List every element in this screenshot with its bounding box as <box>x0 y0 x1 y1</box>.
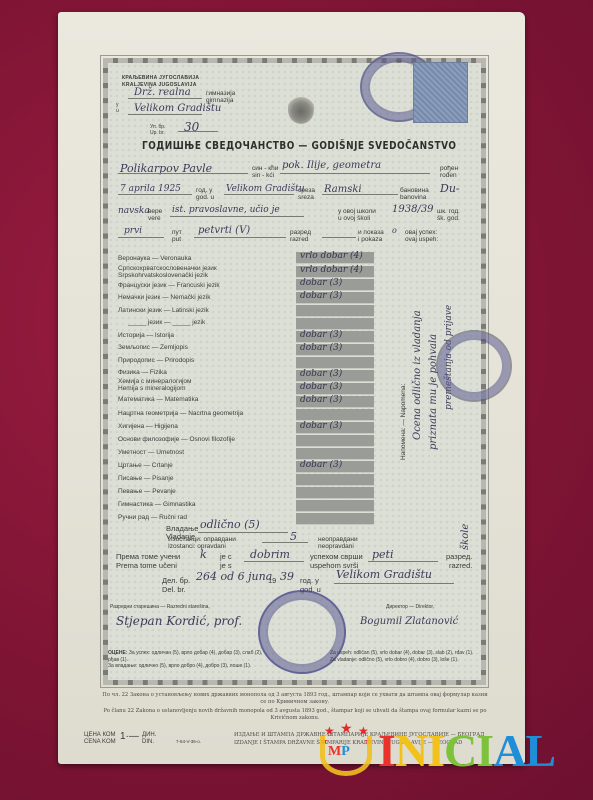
grade-label-lat: razred <box>290 236 308 243</box>
logo-mp: MP <box>328 744 350 760</box>
school-year-suffix-lat: šk. god. <box>437 215 460 222</box>
times-label-cyr: пут <box>172 229 182 236</box>
underline <box>334 583 454 584</box>
director-label: Директор — Direktor, <box>386 604 434 610</box>
religion-label-lat: vere <box>148 215 161 222</box>
times-hw: prvi <box>124 226 142 236</box>
banovina-hw-cont: navska <box>118 206 150 216</box>
school-year-hw: 1938/39 <box>392 204 434 215</box>
reg-no-label: Уп. бр.Up. br. <box>150 124 165 136</box>
class-teacher-label: Разредни старешина — Razredni starešina, <box>110 604 210 610</box>
remarks-line: škole <box>460 524 471 550</box>
underline <box>198 532 288 533</box>
result-label-a: Према томе учениPrema tome učeni <box>116 552 180 570</box>
district-label-lat: sreza <box>298 194 314 201</box>
school-place-hw: Velikom Gradištu <box>134 103 221 114</box>
price-value: 1·— <box>120 731 139 742</box>
remarks-line: Ocena odlično iz vladanja <box>412 310 423 440</box>
kingdom-cyr: КРАЉЕВИНА ЈУГОСЛАВИЈА <box>122 75 199 81</box>
footer-law-cyr: По чл. 22 Закона о установљењу нових држ… <box>100 692 490 705</box>
remarks-label: Напомена: — Napomena: <box>400 384 407 460</box>
del-hw: 264 od 6 juna <box>196 570 272 583</box>
underline <box>118 194 192 195</box>
born-label-lat: rođen <box>440 172 457 179</box>
father-hw: pok. Ilije, geometra <box>282 160 381 171</box>
birth-place-hw: Velikom Gradištu <box>226 184 305 194</box>
success-label-cyr: овај успех: <box>405 229 437 236</box>
underline <box>194 237 286 238</box>
year-printed: 19 <box>268 576 276 585</box>
issuance-place-hw: Velikom Gradištu <box>336 568 432 581</box>
school-year-label-cyr: у овој школи <box>338 208 376 215</box>
underline <box>178 131 218 132</box>
class-teacher-signature: Stjepan Kordić, prof. <box>116 614 242 628</box>
underline <box>368 561 438 562</box>
success-label-lat: ovaj uspeh: <box>405 236 438 243</box>
result-razred: разред.razred. <box>446 552 472 570</box>
coat-of-arms-icon <box>288 96 314 124</box>
underline <box>128 98 202 99</box>
official-seal-side <box>436 330 512 402</box>
document-title: ГОДИШЊЕ СВЕДОЧАНСТВО — GODIŠNJE SVEDOČAN… <box>142 140 456 152</box>
banovina-label-lat: banovina <box>400 194 426 201</box>
year-in-label-lat: god. u <box>196 194 214 201</box>
underline <box>262 542 308 543</box>
birth-date-hw: 7 aprila 1925 <box>120 184 181 194</box>
prefix-u: уu <box>116 102 119 114</box>
grade-hw: petvrti (V) <box>198 225 250 236</box>
conduct-hw: odlično (5) <box>200 518 260 531</box>
underline <box>224 194 294 195</box>
price-label: ЦЕНА КОМCENA KOM <box>84 732 116 746</box>
underline <box>322 194 398 195</box>
son-label-cyr: син - кћи <box>252 165 278 172</box>
remarks-line: priznata mu je pohvala <box>428 334 439 450</box>
underline <box>118 173 248 174</box>
banovina-hw: Du- <box>440 182 460 195</box>
result-success-hw: dobrim <box>250 548 290 561</box>
underline <box>244 561 304 562</box>
currency: ДИН.DIN. <box>142 732 156 746</box>
religion-label-cyr: вере <box>148 208 162 215</box>
form-code: 7-64-V-36-o. <box>176 739 201 744</box>
school-year-label-lat: u ovoj školi <box>338 215 370 222</box>
religion-hw: ist. pravoslavne, učio je <box>172 205 280 215</box>
grading-scale-cyr: ОЦЕНЕ: За успех: одличан (5), врло добар… <box>108 650 268 670</box>
grade-label-cyr: разред <box>290 229 311 236</box>
school-type-hw: Drž. realna <box>134 87 191 98</box>
school-label-cyr: гимназија <box>206 90 235 97</box>
showed-hw: o <box>392 226 397 235</box>
underline <box>170 216 304 217</box>
showed-label-lat: i pokaza <box>358 236 382 243</box>
underline <box>322 237 356 238</box>
school-year-suffix-cyr: шк. год. <box>437 208 460 215</box>
logo-brand: INICIAL <box>378 724 555 777</box>
times-label-lat: put <box>172 236 181 243</box>
footer-law-lat: Po članu 22 Zakona o ustanovljenju novih… <box>100 708 490 721</box>
underline <box>280 173 430 174</box>
born-label-cyr: рођен <box>440 165 458 172</box>
grading-scale-lat: Za uspeh: odličan (5), vrlo dobar (4), d… <box>330 650 480 663</box>
year-hw: 39 <box>280 570 294 583</box>
son-label-lat: sin - kći <box>252 172 274 179</box>
director-signature: Bogumil Zlatanović <box>360 616 458 627</box>
star-icon: ★ <box>340 720 353 737</box>
result-suffix-hw: k <box>200 548 207 561</box>
revenue-stamp <box>413 62 468 123</box>
showed-label-cyr: и показа <box>358 229 384 236</box>
result-grade-hw: peti <box>372 548 394 561</box>
underline <box>118 237 164 238</box>
district-label-cyr: среза <box>298 187 315 194</box>
del-label: Дел. бр.Del. br. <box>162 576 190 594</box>
banovina-label-cyr: бановина <box>400 187 429 194</box>
result-je-s: је сje s <box>220 552 232 570</box>
absences-unexcused-label: неоправданиneopravdani <box>318 536 358 550</box>
year-in-label-cyr: год. у <box>196 187 212 194</box>
underline <box>128 114 202 115</box>
